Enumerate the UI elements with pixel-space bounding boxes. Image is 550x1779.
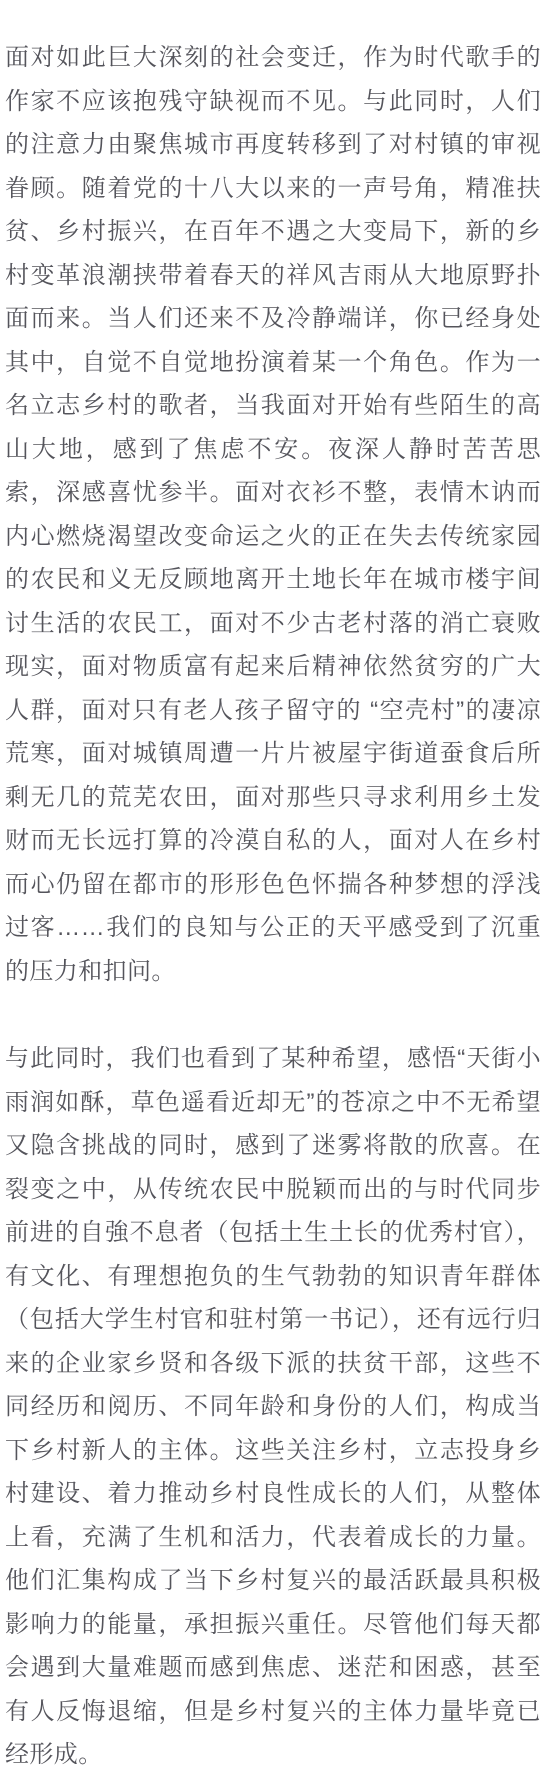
article-paragraph-2: 与此同时，我们也看到了某种希望，感悟“天街小雨润如酥，草色遥看近却无”的苍凉之中…: [5, 1037, 541, 1777]
article-paragraph-1: 面对如此巨大深刻的社会变迁，作为时代歌手的作家不应该抱残守缺视而不见。与此同时，…: [5, 36, 541, 993]
article-body: 面对如此巨大深刻的社会变迁，作为时代歌手的作家不应该抱残守缺视而不见。与此同时，…: [0, 0, 550, 1777]
